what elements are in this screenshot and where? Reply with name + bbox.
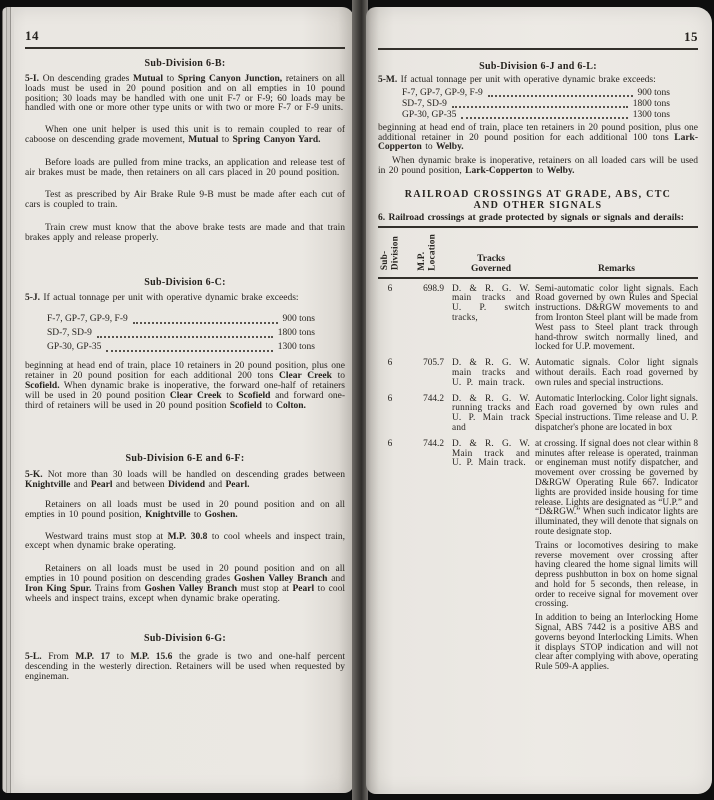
column-header-sub-division-label: Sub- Division xyxy=(380,236,401,270)
tonnage-label: GP-30, GP-35 xyxy=(402,110,456,121)
page-edge-curl xyxy=(2,7,14,793)
crossings-row-698-9: 6 698.9 D. & R. G. W. main tracks and U.… xyxy=(378,285,698,354)
tonnage-label: SD-7, SD-9 xyxy=(47,326,92,340)
heading-sub-division-6b: Sub-Division 6-B: xyxy=(25,58,345,69)
paragraph-5-l: 5-L. From M.P. 17 to M.P. 15.6 the grade… xyxy=(25,653,345,682)
cell-mp-location: 705.7 xyxy=(407,359,447,388)
paragraph-air-brake-test: Test as prescribed by Air Brake Rule 9-B… xyxy=(25,191,345,211)
cell-remarks: Automatic Interlocking. Color light sign… xyxy=(535,395,698,434)
tonnage-value: 1300 tons xyxy=(278,340,315,354)
crossings-table-header: Sub- Division M.P. Location Tracks Gover… xyxy=(378,226,698,279)
dot-leader xyxy=(488,95,633,97)
crossings-row-744-2-b: 6 744.2 D. & R. G. W. Main track and U. … xyxy=(378,440,698,673)
remarks-paragraph: In addition to being an Interlocking Hom… xyxy=(535,614,698,673)
crossings-table-body: 6 698.9 D. & R. G. W. main tracks and U.… xyxy=(378,285,698,673)
dot-leader xyxy=(106,350,272,352)
paragraph-train-crew: Train crew must know that the above brak… xyxy=(25,224,345,244)
book-scan: 14 Sub-Division 6-B: 5-I. On descending … xyxy=(0,0,714,800)
cell-mp-location: 744.2 xyxy=(407,440,447,673)
tonnage-row: F-7, GP-7, GP-9, F-9900 tons xyxy=(402,88,670,99)
page-right: 15 Sub-Division 6-J and 6-L: 5-M. If act… xyxy=(366,7,712,794)
paragraph-westward-trains: Westward trains must stop at M.P. 30.8 t… xyxy=(25,533,345,553)
paragraph-helper: When one unit helper is used this unit i… xyxy=(25,126,345,146)
paragraph-5-i: 5-I. On descending grades Mutual to Spri… xyxy=(25,75,345,114)
heading-sub-division-6e-6f: Sub-Division 6-E and 6-F: xyxy=(25,453,345,464)
paragraph-retainers-knightville: Retainers on all loads must be used in 2… xyxy=(25,501,345,521)
crossings-row-744-2-a: 6 744.2 D. & R. G. W. running tracks and… xyxy=(378,395,698,434)
column-header-sub-division: Sub- Division xyxy=(378,231,402,275)
paragraph-beginning-head-end-right: beginning at head end of train, place te… xyxy=(378,124,698,153)
dot-leader xyxy=(452,106,628,108)
tonnage-label: F-7, GP-7, GP-9, F-9 xyxy=(47,312,128,326)
tonnage-value: 900 tons xyxy=(283,312,315,326)
column-header-mp-location: M.P. Location xyxy=(407,231,447,275)
crossings-row-705-7: 6 705.7 D. & R. G. W. main tracks and U.… xyxy=(378,359,698,388)
column-header-mp-location-label: M.P. Location xyxy=(417,234,438,271)
heading-sub-division-6c: Sub-Division 6-C: xyxy=(25,277,345,288)
header-rule-right xyxy=(378,48,698,50)
page-number-left: 14 xyxy=(25,28,39,44)
tonnage-table-left: F-7, GP-7, GP-9, F-9900 tons SD-7, SD-91… xyxy=(47,312,315,354)
tonnage-row: GP-30, GP-351300 tons xyxy=(47,340,315,354)
paragraph-before-loads: Before loads are pulled from mine tracks… xyxy=(25,159,345,179)
tonnage-label: GP-30, GP-35 xyxy=(47,340,101,354)
cell-sub-division: 6 xyxy=(378,285,402,354)
tonnage-label: F-7, GP-7, GP-9, F-9 xyxy=(402,88,483,99)
remarks-paragraph: Automatic Interlocking. Color light sign… xyxy=(535,395,698,434)
cell-tracks-governed: D. & R. G. W. running tracks and U. P. M… xyxy=(452,395,530,434)
paragraph-5-k: 5-K. Not more than 30 loads will be hand… xyxy=(25,471,345,491)
paragraph-retainers-goshen: Retainers on all loads must be used in 2… xyxy=(25,565,345,604)
tonnage-table-right: F-7, GP-7, GP-9, F-9900 tons SD-7, SD-91… xyxy=(402,88,670,121)
page-left: 14 Sub-Division 6-B: 5-I. On descending … xyxy=(2,7,354,793)
cell-tracks-governed: D. & R. G. W. main tracks and U. P. swit… xyxy=(452,285,530,354)
tonnage-row: F-7, GP-7, GP-9, F-9900 tons xyxy=(47,312,315,326)
paragraph-5-j: 5-J. If actual tonnage per unit with ope… xyxy=(25,294,345,304)
page-left-content: 14 Sub-Division 6-B: 5-I. On descending … xyxy=(25,15,345,683)
page-number-right: 15 xyxy=(684,29,698,45)
cell-sub-division: 6 xyxy=(378,395,402,434)
cell-mp-location: 698.9 xyxy=(407,285,447,354)
paragraph-beginning-head-end: beginning at head end of train, place 10… xyxy=(25,362,345,411)
heading-railroad-crossings: RAILROAD CROSSINGS AT GRADE, ABS, CTC AN… xyxy=(378,189,698,212)
cell-sub-division: 6 xyxy=(378,359,402,388)
paragraph-5-m: 5-M. If actual tonnage per unit with ope… xyxy=(378,76,698,86)
cell-remarks: Automatic signals. Color light signals w… xyxy=(535,359,698,388)
page-right-content: 15 Sub-Division 6-J and 6-L: 5-M. If act… xyxy=(378,15,698,679)
dot-leader xyxy=(461,117,627,119)
tonnage-value: 1800 tons xyxy=(633,99,670,110)
cell-remarks: Semi-automatic color light signals. Each… xyxy=(535,285,698,354)
cell-mp-location: 744.2 xyxy=(407,395,447,434)
heading-sub-division-6g: Sub-Division 6-G: xyxy=(25,633,345,644)
tonnage-value: 900 tons xyxy=(638,88,670,99)
remarks-paragraph: Automatic signals. Color light signals w… xyxy=(535,359,698,388)
column-header-remarks: Remarks xyxy=(535,264,698,275)
column-header-tracks-governed: Tracks Governed xyxy=(452,254,530,275)
tonnage-row: SD-7, SD-91800 tons xyxy=(402,99,670,110)
paragraph-rule-6: 6. Railroad crossings at grade protected… xyxy=(378,214,698,224)
cell-sub-division: 6 xyxy=(378,440,402,673)
remarks-paragraph: at crossing. If signal does not clear wi… xyxy=(535,440,698,538)
remarks-paragraph: Trains or locomotives desiring to make r… xyxy=(535,542,698,611)
cell-tracks-governed: D. & R. G. W. main tracks and U. P. main… xyxy=(452,359,530,388)
tonnage-row: GP-30, GP-351300 tons xyxy=(402,110,670,121)
heading-sub-division-6j-6l: Sub-Division 6-J and 6-L: xyxy=(378,61,698,72)
remarks-paragraph: Semi-automatic color light signals. Each… xyxy=(535,285,698,354)
cell-remarks: at crossing. If signal does not clear wi… xyxy=(535,440,698,673)
tonnage-value: 1800 tons xyxy=(278,326,315,340)
dot-leader xyxy=(133,322,278,324)
paragraph-when-dynamic-brake: When dynamic brake is inoperative, retai… xyxy=(378,157,698,177)
cell-tracks-governed: D. & R. G. W. Main track and U. P. Main … xyxy=(452,440,530,673)
tonnage-row: SD-7, SD-91800 tons xyxy=(47,326,315,340)
dot-leader xyxy=(97,336,273,338)
tonnage-value: 1300 tons xyxy=(633,110,670,121)
header-rule-left xyxy=(25,47,345,49)
tonnage-label: SD-7, SD-9 xyxy=(402,99,447,110)
